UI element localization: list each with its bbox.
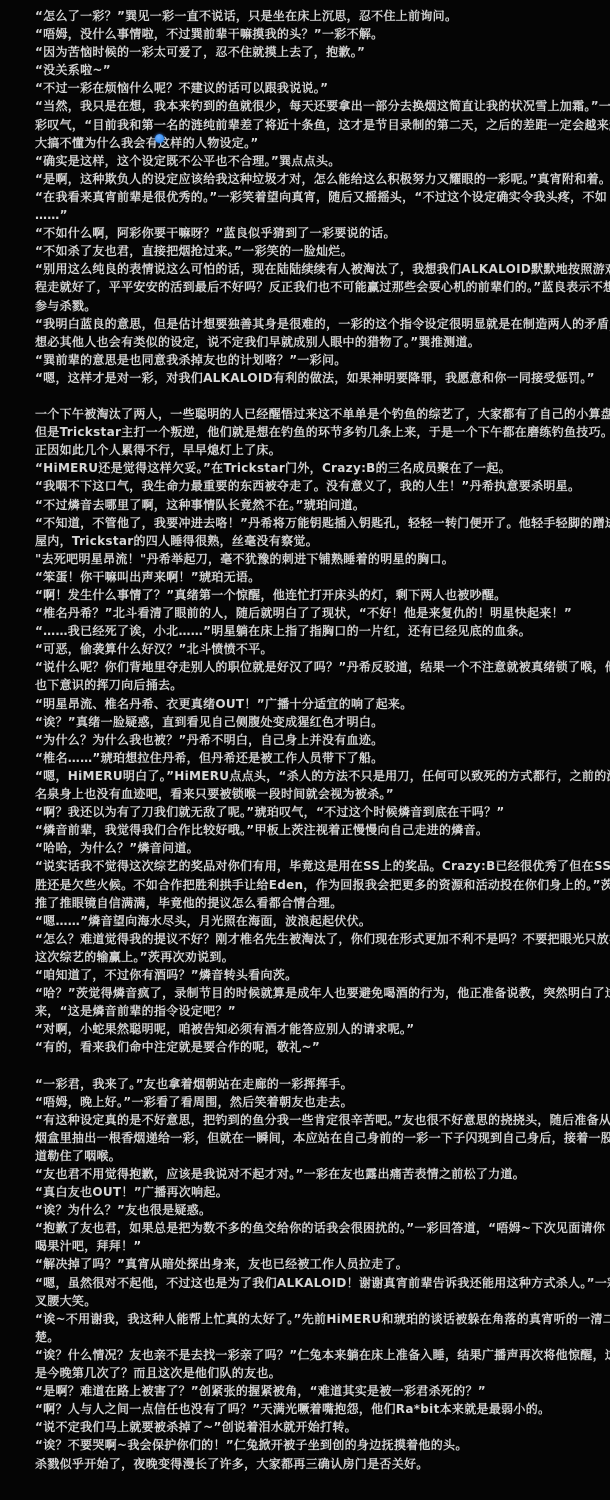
text-line: “嗯，这样才是对一彩，对我们ALKALOID有利的做法，如果神明要降罪，我愿意和… — [35, 369, 583, 387]
text-line: 一个下午被淘汰了两人，一些聪明的人已经醒悟过来这不单单是个钓鱼的综艺了，大家都有… — [35, 405, 583, 423]
text-line: “是啊，这种欺负人的设定应该给我这种垃圾才对，怎么能给这么积极努力又耀眼的一彩呢… — [35, 170, 583, 188]
text-line: 推了推眼镜自信满满，毕竟他的提议怎么看都合情合理。 — [35, 894, 583, 912]
text-line: 名泉身上也没有血迹吧，看来只要被锁喉一段时间就会视为被杀。” — [35, 785, 583, 803]
text-line: 楚。 — [35, 1328, 583, 1346]
text-line: 程走就好了，平平安安的活到最后不好吗？反正我们也不可能赢过那些会耍心机的前辈们的… — [35, 278, 583, 296]
text-line: “有这种设定真的是不好意思，把钓到的鱼分我一些肯定很辛苦吧。”友也很不好意思的挠… — [35, 1111, 583, 1129]
text-line: “确实是这样，这个设定既不公平也不合理。”巽点点头。 — [35, 152, 583, 170]
text-line: “啊！发生什么事情了？”真绪第一个惊醒，他连忙打开床头的灯，剩下两人也被吵醒。 — [35, 586, 583, 604]
text-line: 这次综艺的输赢上。”茨再次劝说到。 — [35, 948, 583, 966]
text-line: “不知道，不管他了，我要冲进去咯！”丹希将万能钥匙插入钥匙孔，轻轻一转门便开了。… — [35, 514, 583, 532]
text-line: 是今晚第几次了？而且这次是他们队的友也。 — [35, 1364, 583, 1382]
text-line: 胜还是欠些火候。不如合作把胜利拱手让给Eden，作为回报我会把更多的资源和活动投… — [35, 876, 583, 894]
text-line: “在我看来真宵前辈是很优秀的。”一彩笑着望向真宵，随后又摇摇头，“不过这个设定确… — [35, 188, 583, 206]
text-line: “友也君不用觉得抱歉，应该是我说对不起才对。”一彩在友也露出痛苦表情之前松了力道… — [35, 1165, 583, 1183]
text-lines: “怎么了一彩？”巽见一彩一直不说话，只是坐在床上沉思，忍不住上前询问。“唔姆，没… — [35, 7, 583, 1473]
story-document: “怎么了一彩？”巽见一彩一直不说话，只是坐在床上沉思，忍不住上前询问。“唔姆，没… — [35, 7, 583, 1473]
text-line: “诶？”真绪一脸疑惑，直到看见自己侧腹处变成猩红色才明白。 — [35, 713, 583, 731]
text-line: “可恶，偷袭算什么好汉？”北斗愤愤不平。 — [35, 640, 583, 658]
text-line: “椎名丹希？”北斗看清了眼前的人，随后就明白了了现状，“不好！他是来复仇的！明星… — [35, 604, 583, 622]
text-line: “咱知道了，不过你有酒吗？”燐音转头看向茨。 — [35, 966, 583, 984]
text-line: “一彩君，我来了。”友也拿着烟朝站在走廊的一彩挥挥手。 — [35, 1075, 583, 1093]
text-line: 喝果汁吧，拜拜！” — [35, 1237, 583, 1255]
text-line: ……” — [35, 206, 583, 224]
text-line: “对啊，小蛇果然聪明呢，咱被告知必须有酒才能答应别人的请求呢。” — [35, 1020, 583, 1038]
text-line: “啊？我还以为有了刀我们就无敌了呢。”琥珀叹气，“不过这个时候燐音到底在干吗？” — [35, 803, 583, 821]
text-line: “唔姆，没什么事情啦，不过巽前辈干嘛摸我的头？”一彩不解。 — [35, 25, 583, 43]
text-line: 大搞不懂为什么我会有这样的人物设定。” — [35, 134, 583, 152]
text-line: 参与杀戮。 — [35, 297, 583, 315]
text-line: 屋内，Trickstar的四人睡得很熟，丝毫没有察觉。 — [35, 532, 583, 550]
text-line: “为什么？为什么我也被？”丹希不明白，自己身上并没有血迹。 — [35, 731, 583, 749]
text-line: “哈？”茨觉得燐音疯了，录制节目的时候就算是成年人也要避免喝酒的行为，他正准备说… — [35, 984, 583, 1002]
text-line: “不如杀了友也君，直接把烟抢过来。”一彩笑的一脸灿烂。 — [35, 242, 583, 260]
text-line: “诶？什么情况？友也亲不是去找一彩亲了吗？”仁兔本来躺在床上准备入睡，结果广播声… — [35, 1346, 583, 1364]
text-line: 但是Trickstar主打一个叛逆，他们就是想在钓鱼的环节多钓几条上来，于是一个… — [35, 423, 583, 441]
text-line: “说不定我们马上就要被杀掉了~”创说着泪水就开始打转。 — [35, 1418, 583, 1436]
text-line: “HiMERU还是觉得这样欠妥。”在Trickstar门外，Crazy:B的三名… — [35, 459, 583, 477]
text-line: 道勒住了咽喉。 — [35, 1147, 583, 1165]
text-line: 正因如此几个人累得不行，早早熄灯上了床。 — [35, 441, 583, 459]
text-line: “我明白蓝良的意思，但是估计想要独善其身是很难的，一彩的这个指令设定很明显就是在… — [35, 315, 583, 333]
text-line: “别用这么纯良的表情说这么可怕的话，现在陆陆续续有人被淘汰了，我想我们ALKAL… — [35, 260, 583, 278]
text-line: “解决掉了吗？”真宵从暗处探出身来，友也已经被工作人员拉走了。 — [35, 1255, 583, 1273]
text-line: “不过燐音去哪里了啊，这种事情队长竟然不在。”琥珀问道。 — [35, 496, 583, 514]
text-line: “明星昂流、椎名丹希、衣更真绪OUT！”广播十分适宜的响了起来。 — [35, 695, 583, 713]
text-line: “说什么呢？你们背地里夺走别人的职位就是好汉了吗？”丹希反驳道，结果一个不注意就… — [35, 658, 583, 676]
text-line: “怎么？难道觉得我的提议不好？刚才椎名先生被淘汰了，你们现在形式更加不利不是吗？… — [35, 930, 583, 948]
text-line: “是啊？难道在路上被害了？”创紧张的握紧被角，“难道其实是被一彩君杀死的？” — [35, 1382, 583, 1400]
text-line: “椎名……”琥珀想拉住丹希，但丹希还是被工作人员带下了船。 — [35, 749, 583, 767]
text-line: "去死吧明星昂流！"丹希举起刀，毫不犹豫的刺进下铺熟睡着的明星的胸口。 — [35, 550, 583, 568]
text-line: 彩叹气，“目前我和第一名的涟纯前辈差了将近十条鱼，这才是节目录制的第二天，之后的… — [35, 116, 583, 134]
text-line: “诶~不用谢我，我这种人能帮上忙真的太好了。”先前HiMERU和琥珀的谈话被躲在… — [35, 1310, 583, 1328]
text-line: “不如什么啊，阿彩你要干嘛呀？”蓝良似乎猜到了一彩要说的话。 — [35, 224, 583, 242]
text-line: “燐音前辈，我觉得我们合作比较好哦。”甲板上茨注视着正慢慢向自己走进的燐音。 — [35, 821, 583, 839]
text-cursor-dot-indicator[interactable] — [155, 134, 164, 143]
text-line: “哈哈，为什么？”燐音问道。 — [35, 839, 583, 857]
text-line: “怎么了一彩？”巽见一彩一直不说话，只是坐在床上沉思，忍不住上前询问。 — [35, 7, 583, 25]
text-line: “嗯……”燐音望向海水尽头，月光照在海面，波浪起起伏伏。 — [35, 912, 583, 930]
text-line: “说实话我不觉得这次综艺的奖品对你们有用，毕竟这是用在SS上的奖品。Crazy:… — [35, 857, 583, 875]
text-line: “真白友也OUT！”广播再次响起。 — [35, 1183, 583, 1201]
text-line: 想必其他人也会有类似的设定，说不定我们早就成别人眼中的猎物了。”巽推测道。 — [35, 333, 583, 351]
text-line: 叉腰大笑。 — [35, 1292, 583, 1310]
text-line: “笨蛋！你干嘛叫出声来啊！”琥珀无语。 — [35, 568, 583, 586]
text-line: “不过一彩在烦恼什么呢？不建议的话可以跟我说说。” — [35, 79, 583, 97]
text-line: “诶？为什么？”友也很是疑惑。 — [35, 1201, 583, 1219]
text-line — [35, 1056, 583, 1074]
text-line: “有的，看来我们命中注定就是要合作的呢，敬礼~” — [35, 1038, 583, 1056]
text-line: “我咽不下这口气，我生命力最重要的东西被夺走了。没有意义了，我的人生！”丹希执意… — [35, 477, 583, 495]
text-line: “啊？人与人之间一点信任也没有了吗？”天满光噘着嘴抱怨，他们Ra*bit本来就是… — [35, 1400, 583, 1418]
text-line: “当然，我只是在想，我本来钓到的鱼就很少，每天还要拿出一部分去换烟这简直让我的状… — [35, 97, 583, 115]
text-line: “巽前辈的意思是也同意我杀掉友也的计划咯？”一彩问。 — [35, 351, 583, 369]
text-line: “诶？不要哭啊~我会保护你们的！”仁兔掀开被子坐到创的身边抚摸着他的头。 — [35, 1436, 583, 1454]
text-line: 杀戮似乎开始了，夜晚变得漫长了许多，大家都再三确认房门是否关好。 — [35, 1455, 583, 1473]
text-line: “抱歉了友也君，如果总是把为数不多的鱼交给你的话我会很困扰的。”一彩回答道，“唔… — [35, 1219, 583, 1237]
text-line — [35, 387, 583, 405]
text-line: 来，“这是燐音前辈的指令设定吧？” — [35, 1002, 583, 1020]
text-line: “唔姆，晚上好。”一彩看了看周围，然后笑着朝友也走去。 — [35, 1093, 583, 1111]
text-line: 烟盒里抽出一根香烟递给一彩，但就在一瞬间，本应站在自己身前的一彩一下子闪现到自己… — [35, 1129, 583, 1147]
text-line: “没关系啦~” — [35, 61, 583, 79]
text-line: “……我已经死了诶，小北……”明星躺在床上指了指胸口的一片红，还有已经见底的血条… — [35, 622, 583, 640]
text-line: “嗯，HiMERU明白了。”HiMERU点点头，“杀人的方法不只是用刀，任何可以… — [35, 767, 583, 785]
text-line: “因为苦恼时候的一彩太可爱了，忍不住就摸上去了，抱歉。” — [35, 43, 583, 61]
text-line: “嗯，虽然很对不起他，不过这也是为了我们ALKALOID！谢谢真宵前辈告诉我还能… — [35, 1274, 583, 1292]
text-line: 也下意识的挥刀向后捅去。 — [35, 676, 583, 694]
